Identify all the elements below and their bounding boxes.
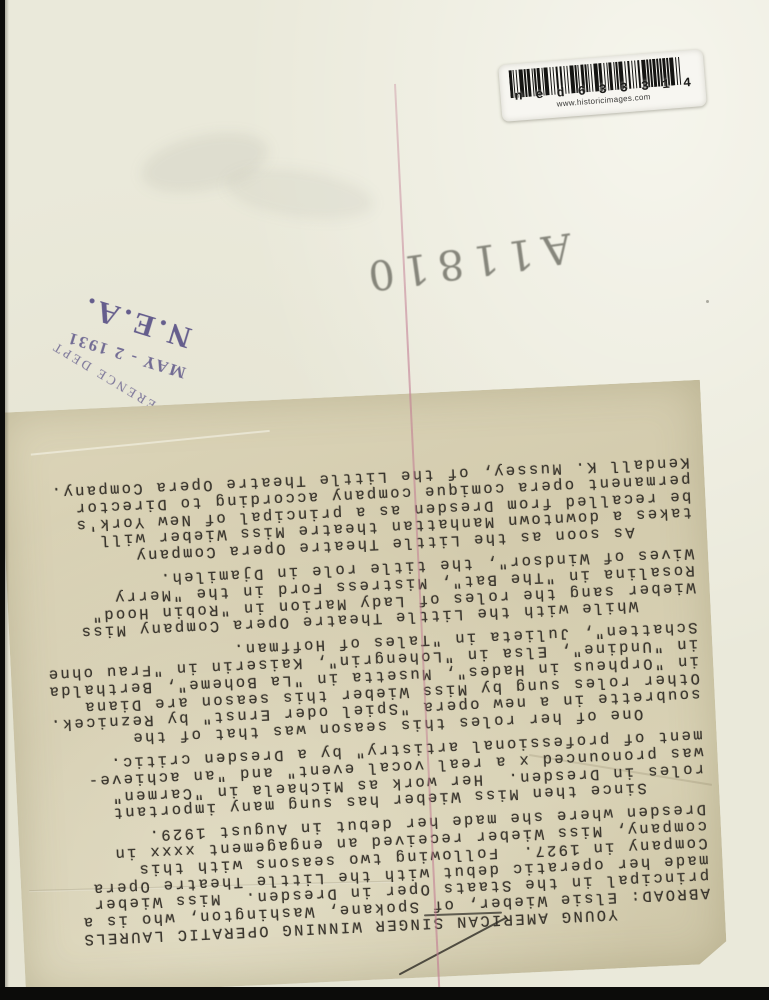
ink-speck: [706, 300, 709, 303]
barcode-code-char: n: [514, 88, 523, 104]
caption-sheet: YOUNG AMERICAN SINGER WINNING OPERATIC L…: [0, 380, 727, 996]
caption-typed-lines: YOUNG AMERICAN SINGER WINNING OPERATIC L…: [16, 454, 711, 950]
scan-edge-left-shadow: [5, 0, 9, 1000]
smudge-mark: [222, 160, 377, 228]
nea-reference-stamp: REFERENCE DEPT MAY - 2 1931 N.E.A.: [0, 192, 284, 428]
photo-back-scan: ned633314 www.historicimages.com REFEREN…: [0, 0, 769, 1000]
barcode-code-char: 1: [662, 77, 671, 93]
scan-edge-bottom: [0, 987, 769, 1000]
caption-text-block: YOUNG AMERICAN SINGER WINNING OPERATIC L…: [13, 390, 713, 985]
barcode-code-char: 4: [683, 75, 692, 91]
barcode-label: ned633314 www.historicimages.com: [498, 49, 707, 122]
pencil-id-number: A11810: [346, 222, 585, 302]
smudge-mark: [136, 122, 275, 203]
barcode-code-char: e: [535, 87, 544, 103]
